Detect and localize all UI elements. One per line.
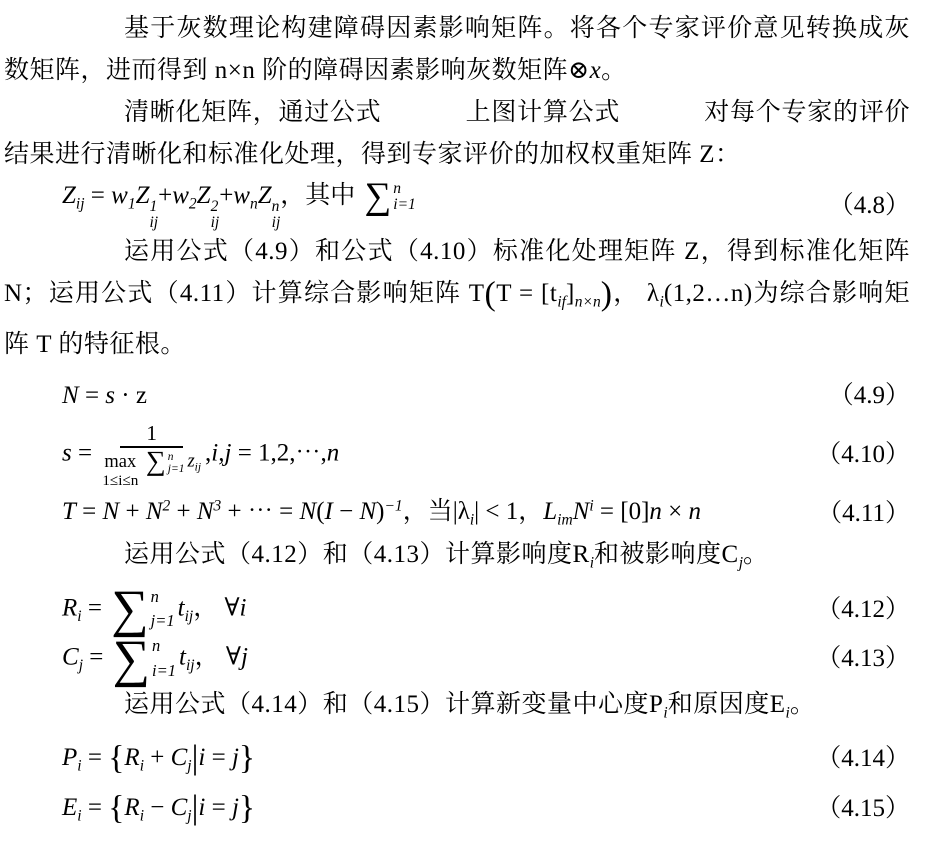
math-superscript: −1 [384, 498, 402, 515]
eq-4.13: Cj = ∑ni=1tij， ∀j（4.13） [4, 634, 910, 684]
sum-upper-limit: n [151, 585, 159, 610]
math-subscript: 1 [128, 195, 136, 212]
math-superscript: 1 [149, 199, 157, 215]
equation-number: （4.14） [816, 743, 910, 774]
formula: Pi = {Ri + Cj|i = j} [62, 742, 816, 776]
fraction-denominator: max1≤i≤n ∑nj=1zij [102, 448, 201, 488]
text-run: ] [566, 280, 575, 307]
text-run: × [662, 498, 689, 525]
sigma-icon: ∑ [113, 637, 150, 682]
text-run: = [205, 744, 232, 771]
text-run: − [144, 794, 171, 821]
para-grey-matrix: 基于灰数理论构建障碍因素影响矩阵。将各个专家评价意见转换成灰数矩阵，进而得到 n… [4, 8, 910, 92]
text-run: T = [t [496, 280, 557, 307]
sum-lower-limit: i=1 [393, 197, 416, 213]
math-variable: j [232, 794, 239, 821]
sum-upper-limit: n [168, 451, 174, 463]
sum-operator: ∑ni=1 [365, 180, 416, 214]
sum-limits: nj=1 [168, 451, 185, 475]
math-variable: I [325, 498, 333, 525]
text-run: 。 [743, 541, 769, 568]
formula: Ei = {Ri − Cj|i = j} [62, 792, 816, 826]
math-variable: E [62, 794, 77, 821]
text-run: 运用公式（4.12）和（4.13）计算影响度R [124, 541, 590, 568]
sum-limits: ni=1 [393, 181, 416, 214]
eq-4.14: Pi = {Ri + Cj|i = j}（4.14） [4, 742, 910, 776]
math-variable: s [62, 439, 72, 466]
text-run: = [79, 382, 106, 409]
text-run: = [83, 644, 110, 671]
equation-number: （4.11） [817, 498, 910, 529]
text-run: − [333, 498, 360, 525]
math-variable: w [233, 182, 250, 209]
text-run: 基于灰数理论构建障碍因素影响矩阵。将各个专家评价意见转换成灰数矩阵，进而得到 n… [4, 15, 910, 84]
text-run: + [170, 498, 197, 525]
text-run: = [0] [594, 498, 650, 525]
document-content: 基于灰数理论构建障碍因素影响矩阵。将各个专家评价意见转换成灰数矩阵，进而得到 n… [4, 8, 910, 826]
math-variable: Z [258, 182, 272, 209]
math-variable: t [179, 644, 186, 671]
big-delimiter: { [108, 789, 124, 826]
formula: s = 1max1≤i≤n ∑nj=1zij,i,j = 1,2,⋯,n [62, 421, 816, 489]
eq-4.10: s = 1max1≤i≤n ∑nj=1zij,i,j = 1,2,⋯,n（4.1… [4, 421, 910, 489]
math-variable: w [172, 182, 189, 209]
eq-4.9: N = s · z（4.9） [4, 380, 910, 411]
equation-number: （4.9） [829, 380, 910, 411]
math-subscript: im [557, 512, 573, 529]
text-run: 运用公式（4.14）和（4.15）计算新变量中心度P [124, 691, 663, 718]
text-run: + ⋯ = [221, 498, 299, 525]
equation-number: （4.10） [816, 439, 910, 470]
math-variable: T [62, 498, 76, 525]
math-variable: N [62, 382, 79, 409]
text-run [138, 452, 143, 472]
text-run: = [82, 594, 109, 621]
formula: Cj = ∑ni=1tij， ∀j [62, 634, 816, 684]
math-variable: N [300, 498, 317, 525]
text-run: ， λ [613, 280, 660, 307]
equation-number: （4.12） [816, 594, 910, 625]
para-normalize: 运用公式（4.9）和公式（4.10）标准化处理矩阵 Z，得到标准化矩阵 N；运用… [4, 231, 910, 365]
math-variable: j [241, 644, 248, 671]
math-supsub: nij [272, 199, 281, 232]
sigma-icon: ∑ [365, 180, 392, 214]
math-subscript: ij [211, 215, 220, 231]
math-variable: z [187, 452, 194, 472]
para-influence-degree: 运用公式（4.12）和（4.13）计算影响度Ri和被影响度Cj。 [4, 534, 910, 584]
text-run: + [119, 498, 146, 525]
math-variable: N [146, 498, 163, 525]
text-run: = [205, 794, 232, 821]
text-run: ，其中 [280, 182, 361, 209]
sum-operator: ∑nj=1 [111, 585, 174, 635]
math-subscript: ij [186, 657, 195, 674]
math-subscript: n×n [575, 294, 601, 311]
math-subscript: if [557, 294, 566, 311]
math-subscript: ij [185, 608, 194, 625]
under-stack: max1≤i≤n [102, 453, 138, 488]
sum-limits: nj=1 [151, 585, 175, 635]
sum-operator: ∑nj=1 [146, 450, 184, 475]
big-delimiter: ) [601, 276, 613, 313]
math-subscript: ij [195, 462, 201, 474]
text-run: 。 [790, 691, 816, 718]
math-variable: R [124, 744, 139, 771]
math-variable: t [178, 594, 185, 621]
stack-bottom: 1≤i≤n [102, 473, 138, 489]
text-run: = [82, 794, 109, 821]
math-variable: s [105, 382, 115, 409]
text-run: 和被影响度C [594, 541, 739, 568]
math-subscript: 2 [189, 195, 197, 212]
text-run: 和原因度E [668, 691, 786, 718]
fraction: 1max1≤i≤n ∑nj=1zij [102, 421, 201, 489]
stack-top: max [104, 453, 136, 472]
text-run: = [72, 439, 99, 466]
math-variable: i [240, 594, 247, 621]
math-variable: P [62, 744, 77, 771]
equation-number: （4.13） [816, 643, 910, 674]
fraction-numerator: 1 [120, 421, 183, 448]
math-variable: R [124, 794, 139, 821]
big-delimiter: ( [484, 276, 496, 313]
math-superscript: n [272, 199, 280, 215]
math-variable: C [62, 644, 79, 671]
eq-4.15: Ei = {Ri − Cj|i = j}（4.15） [4, 792, 910, 826]
math-subscript: ij [149, 215, 158, 231]
sum-lower-limit: j=1 [151, 609, 175, 634]
text-run: = [82, 744, 109, 771]
equation-number: （4.15） [816, 793, 910, 824]
text-run: ， ∀ [193, 594, 239, 621]
formula: N = s · z [62, 380, 829, 411]
sigma-icon: ∑ [146, 450, 166, 475]
big-delimiter: { [108, 739, 124, 776]
math-variable: i,j [211, 439, 231, 466]
sum-lower-limit: j=1 [168, 463, 185, 475]
text-run: ，当|λ [403, 498, 470, 525]
big-delimiter: } [239, 789, 255, 826]
text-run: = [76, 498, 103, 525]
text-run: + [144, 744, 171, 771]
sigma-icon: ∑ [111, 587, 148, 632]
text-run: 清晰化矩阵，通过公式 上图计算公式 对每个专家的评价结果进行清晰化和标准化处理，… [4, 99, 910, 168]
math-subscript: ij [272, 215, 281, 231]
text-run: = 1,2,⋯, [231, 439, 326, 466]
math-variable: Z [62, 182, 76, 209]
sum-upper-limit: n [152, 634, 160, 659]
text-run: + [219, 182, 233, 209]
text-run: ， ∀ [195, 644, 241, 671]
math-variable: N [573, 498, 590, 525]
math-variable: N [197, 498, 214, 525]
text-run: ( [316, 498, 324, 525]
eq-4.12: Ri = ∑nj=1tij， ∀i（4.12） [4, 585, 910, 635]
sum-operator: ∑ni=1 [113, 634, 176, 684]
para-clarify-matrix: 清晰化矩阵，通过公式 上图计算公式 对每个专家的评价结果进行清晰化和标准化处理，… [4, 92, 910, 176]
math-supsub: 1ij [149, 199, 158, 232]
text-run: | < 1， [474, 498, 543, 525]
sum-lower-limit: i=1 [152, 659, 176, 684]
math-variable: C [171, 794, 188, 821]
big-delimiter: } [239, 739, 255, 776]
text-run: · z [115, 382, 147, 409]
formula: Ri = ∑nj=1tij， ∀i [62, 585, 816, 635]
math-variable: n [327, 439, 340, 466]
math-variable: x [590, 57, 602, 84]
math-variable: Z [197, 182, 211, 209]
math-variable: C [171, 744, 188, 771]
text-run: + [158, 182, 172, 209]
math-variable: n [689, 498, 702, 525]
text-run: ⊗ [568, 57, 589, 84]
math-variable: w [111, 182, 128, 209]
math-variable: n [649, 498, 662, 525]
sum-limits: ni=1 [152, 634, 176, 684]
math-subscript: ij [76, 195, 85, 212]
document-page: 基于灰数理论构建障碍因素影响矩阵。将各个专家评价意见转换成灰数矩阵，进而得到 n… [0, 0, 944, 849]
math-variable: L [543, 498, 557, 525]
math-variable: j [232, 744, 239, 771]
math-variable: N [359, 498, 376, 525]
text-run: 1 [146, 421, 157, 445]
eq-4.11: T = N + N2 + N3 + ⋯ = N(I − N)−1，当|λi| <… [4, 496, 910, 530]
para-centrality: 运用公式（4.14）和（4.15）计算新变量中心度Pi和原因度Ei。 [4, 684, 910, 734]
math-variable: R [62, 594, 77, 621]
math-superscript: 2 [211, 199, 219, 215]
text-run: = [85, 182, 112, 209]
eq-4.8: Zij = w1Z1ij+w2Z2ij+wnZnij，其中 ∑ni=1（4.8） [4, 180, 910, 231]
sum-upper-limit: n [393, 181, 401, 197]
math-variable: N [103, 498, 120, 525]
formula: T = N + N2 + N3 + ⋯ = N(I − N)−1，当|λi| <… [62, 496, 817, 530]
math-supsub: 2ij [211, 199, 220, 232]
text-run: 。 [601, 57, 627, 84]
math-variable: Z [136, 182, 150, 209]
equation-number: （4.8） [829, 190, 910, 221]
formula: Zij = w1Z1ij+w2Z2ij+wnZnij，其中 ∑ni=1 [62, 180, 829, 231]
math-subscript: n [250, 195, 258, 212]
